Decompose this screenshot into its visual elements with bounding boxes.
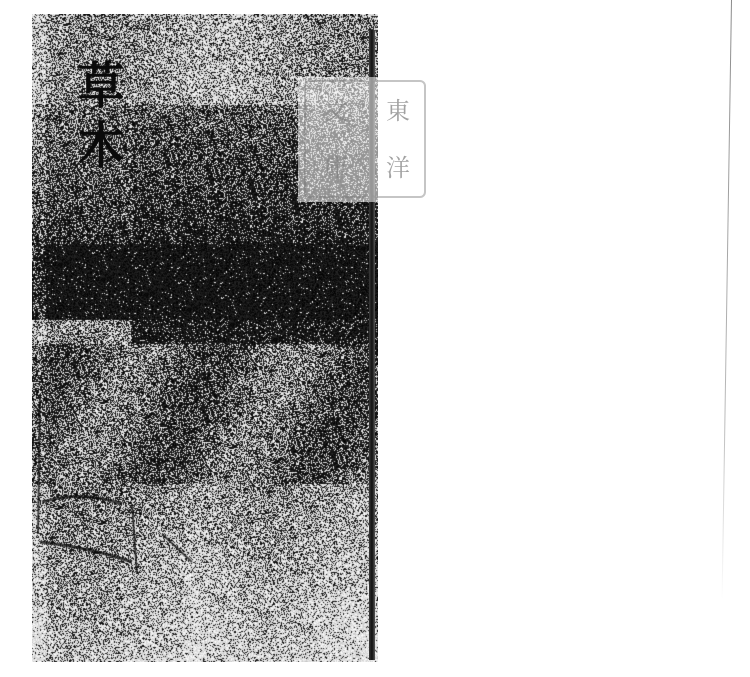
right-page-gutter-line [722, 0, 732, 600]
seal-char-1: 東 [372, 82, 424, 139]
scanned-page-spread: 草 木 文 庫 東 洋 [0, 0, 750, 677]
seal-char-4: 庫 [306, 139, 366, 196]
title-char-2: 木 [78, 118, 124, 174]
seal-left-column: 文 庫 [304, 80, 366, 198]
library-seal: 文 庫 東 洋 [298, 77, 430, 202]
title-slip: 草 木 [76, 58, 126, 174]
seal-char-3: 文 [306, 82, 366, 139]
title-char-1: 草 [78, 58, 124, 114]
seal-char-2: 洋 [372, 139, 424, 196]
seal-right-column: 東 洋 [370, 80, 426, 198]
